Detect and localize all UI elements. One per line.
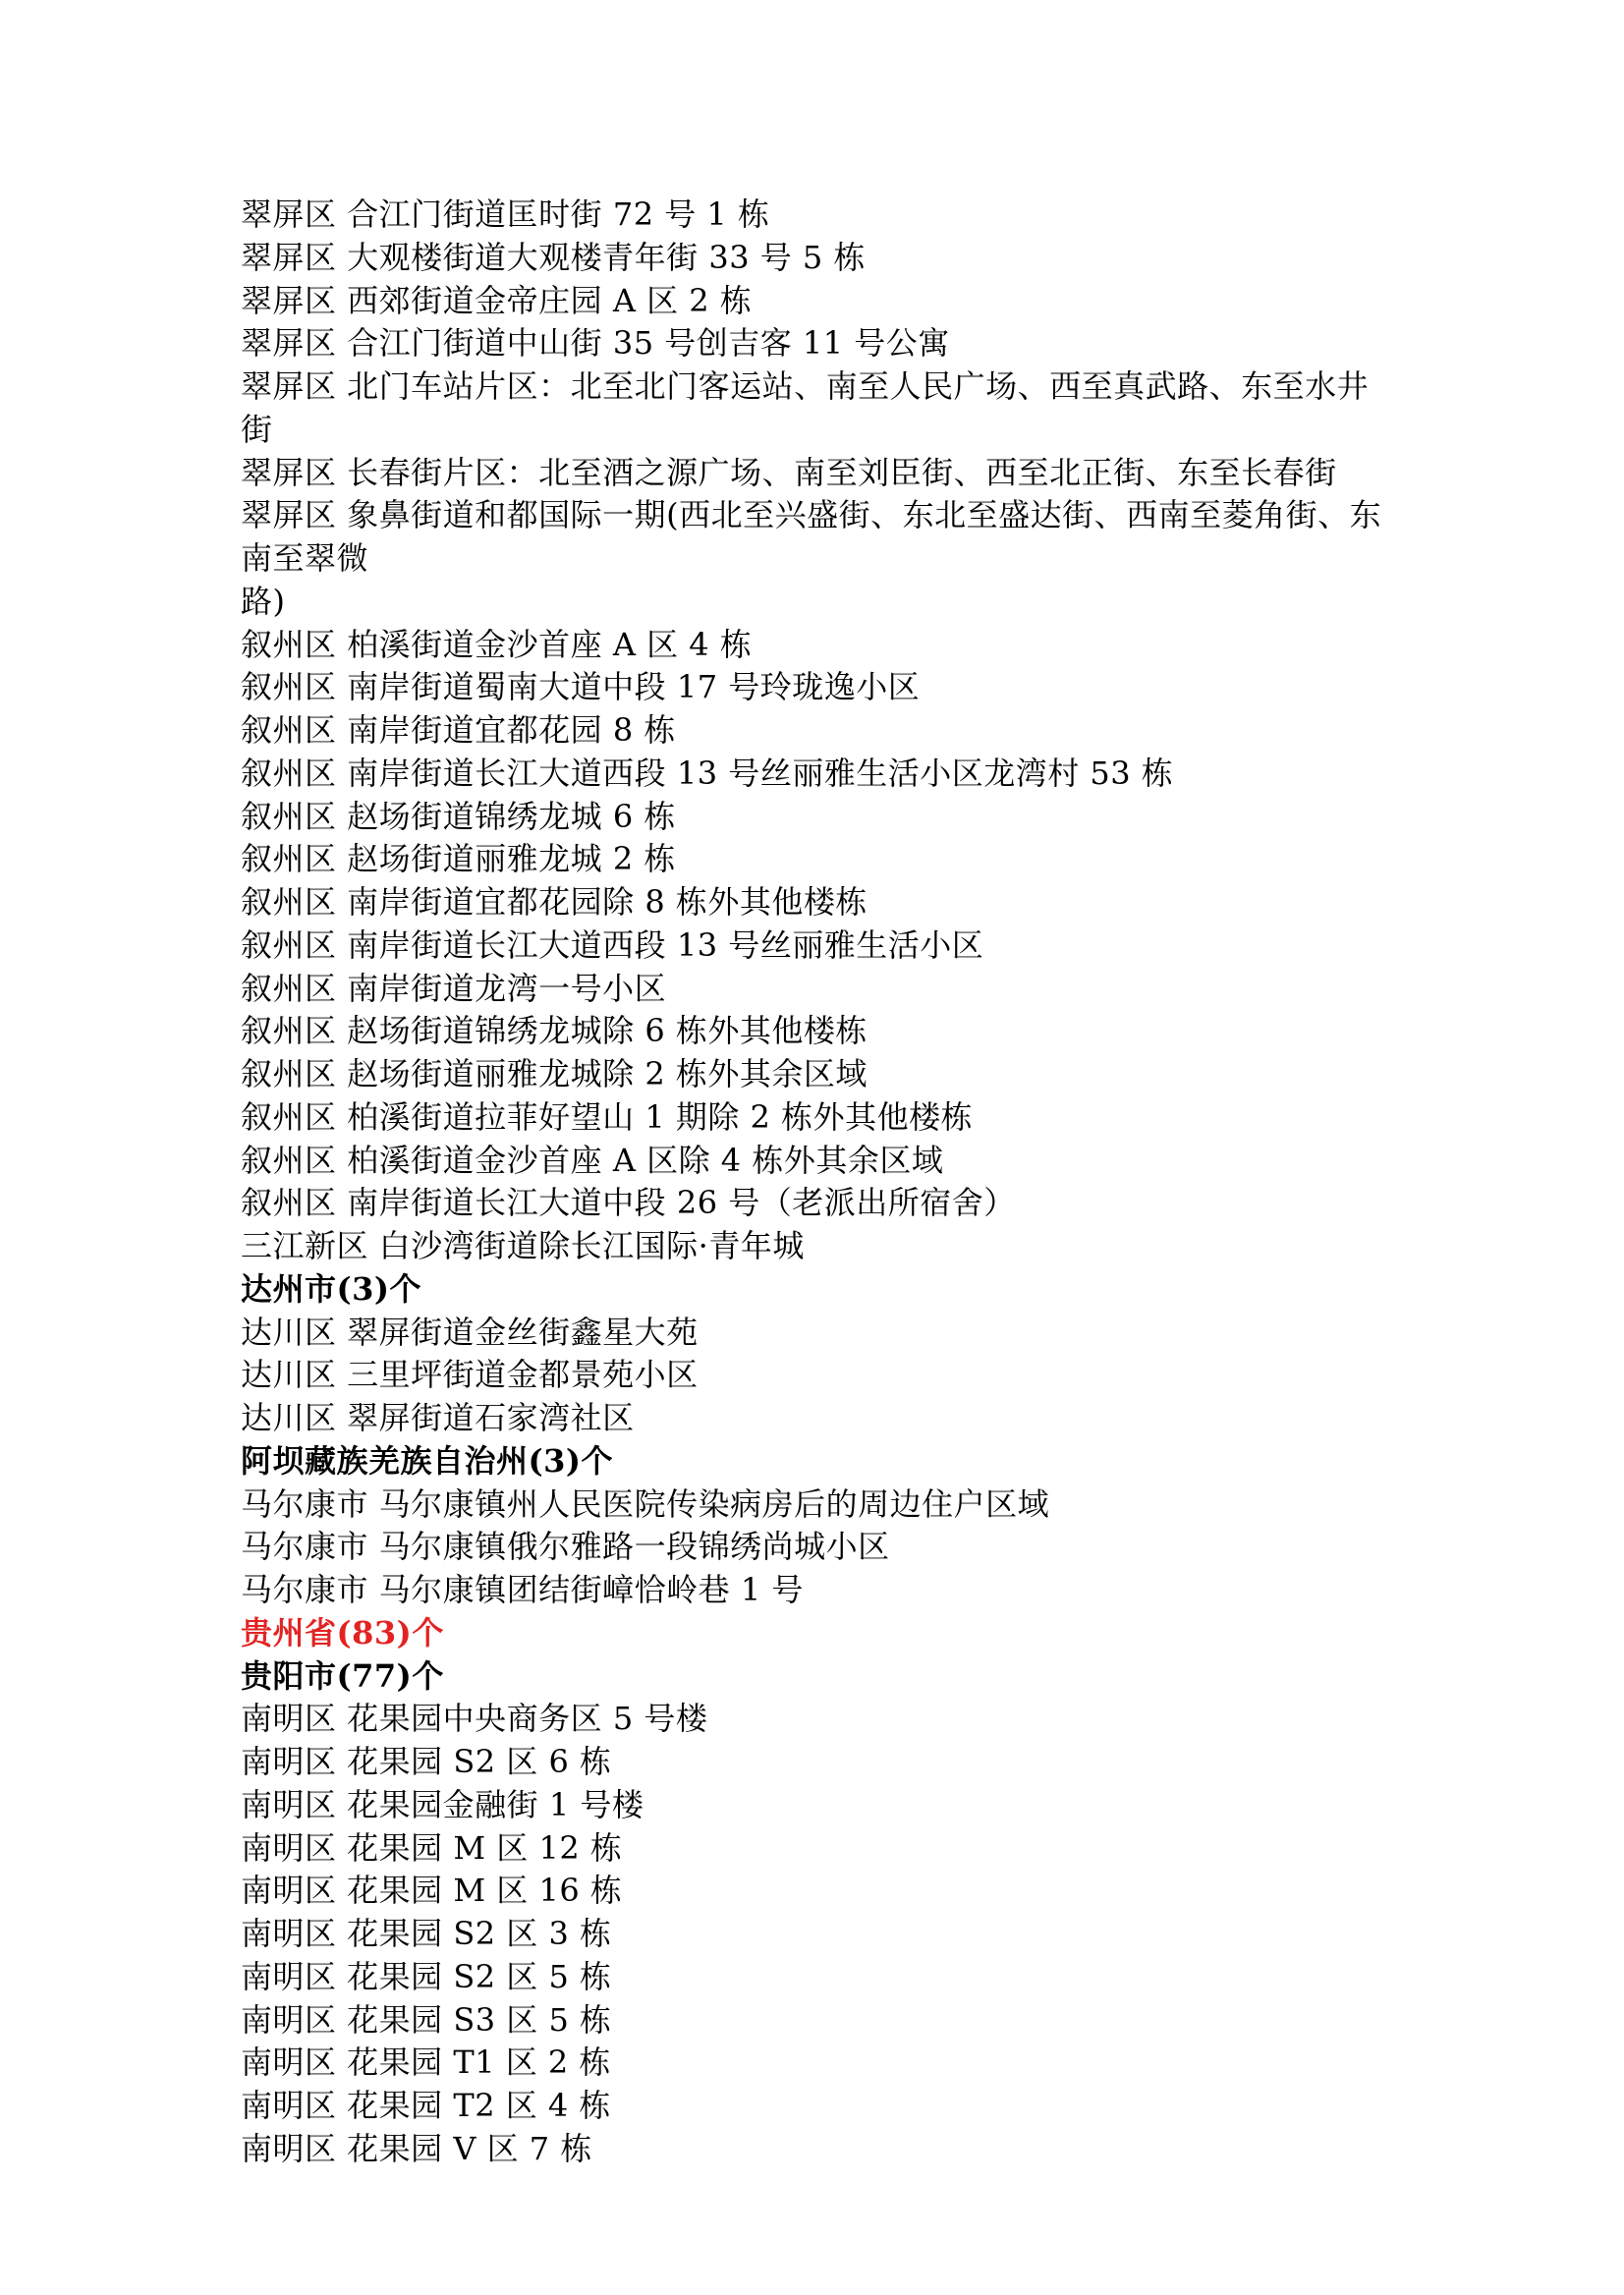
list-entry: 叙州区 南岸街道宜都花园 8 栋 [241, 709, 1395, 753]
province-header: 贵州省(83)个 [241, 1612, 1395, 1655]
list-entry: 南明区 花果园 M 区 16 栋 [241, 1870, 1395, 1913]
list-entry: 翠屏区 西郊街道金帝庄园 A 区 2 栋 [241, 280, 1395, 323]
list-entry: 翠屏区 象鼻街道和都国际一期(西北至兴盛街、东北至盛达街、西南至菱角街、东南至翠… [241, 494, 1395, 623]
list-entry: 翠屏区 大观楼街道大观楼青年街 33 号 5 栋 [241, 237, 1395, 280]
list-entry: 南明区 花果园 T2 区 4 栋 [241, 2085, 1395, 2128]
list-entry: 南明区 花果园 T1 区 2 栋 [241, 2042, 1395, 2085]
list-entry: 马尔康市 马尔康镇俄尔雅路一段锦绣尚城小区 [241, 1526, 1395, 1569]
list-entry: 叙州区 南岸街道长江大道西段 13 号丝丽雅生活小区龙湾村 53 栋 [241, 753, 1395, 796]
list-entry: 叙州区 赵场街道锦绣龙城 6 栋 [241, 796, 1395, 839]
document-page: 翠屏区 合江门街道匡时街 72 号 1 栋翠屏区 大观楼街道大观楼青年街 33 … [0, 0, 1624, 2295]
list-entry: 叙州区 南岸街道宜都花园除 8 栋外其他楼栋 [241, 881, 1395, 924]
list-entry: 翠屏区 合江门街道匡时街 72 号 1 栋 [241, 194, 1395, 237]
city-header: 阿坝藏族羌族自治州(3)个 [241, 1440, 1395, 1483]
list-entry: 叙州区 柏溪街道金沙首座 A 区除 4 栋外其余区域 [241, 1140, 1395, 1183]
list-entry: 达川区 翠屏街道金丝街鑫星大苑 [241, 1312, 1395, 1355]
city-header: 贵阳市(77)个 [241, 1655, 1395, 1699]
list-entry: 叙州区 南岸街道长江大道西段 13 号丝丽雅生活小区 [241, 924, 1395, 968]
list-entry: 南明区 花果园 M 区 12 栋 [241, 1827, 1395, 1871]
list-entry: 南明区 花果园 S3 区 5 栋 [241, 1999, 1395, 2043]
list-entry: 翠屏区 合江门街道中山街 35 号创吉客 11 号公寓 [241, 322, 1395, 365]
list-entry: 南明区 花果园金融街 1 号楼 [241, 1784, 1395, 1827]
list-entry: 叙州区 柏溪街道金沙首座 A 区 4 栋 [241, 624, 1395, 667]
list-entry: 达川区 三里坪街道金都景苑小区 [241, 1354, 1395, 1397]
list-entry: 南明区 花果园 S2 区 6 栋 [241, 1741, 1395, 1784]
list-entry: 叙州区 赵场街道丽雅龙城除 2 栋外其余区域 [241, 1053, 1395, 1096]
list-entry: 叙州区 南岸街道龙湾一号小区 [241, 968, 1395, 1011]
list-entry: 达川区 翠屏街道石家湾社区 [241, 1397, 1395, 1440]
list-entry: 叙州区 南岸街道蜀南大道中段 17 号玲珑逸小区 [241, 666, 1395, 709]
list-entry: 马尔康市 马尔康镇团结街嶂恰岭巷 1 号 [241, 1569, 1395, 1612]
list-entry: 南明区 花果园 V 区 7 栋 [241, 2128, 1395, 2171]
list-entry: 叙州区 柏溪街道拉菲好望山 1 期除 2 栋外其他楼栋 [241, 1096, 1395, 1140]
list-entry: 叙州区 赵场街道锦绣龙城除 6 栋外其他楼栋 [241, 1010, 1395, 1053]
list-entry: 马尔康市 马尔康镇州人民医院传染病房后的周边住户区域 [241, 1483, 1395, 1527]
list-entry: 三江新区 白沙湾街道除长江国际·青年城 [241, 1225, 1395, 1268]
risk-area-list: 翠屏区 合江门街道匡时街 72 号 1 栋翠屏区 大观楼街道大观楼青年街 33 … [241, 194, 1395, 2171]
list-entry: 翠屏区 长春街片区：北至酒之源广场、南至刘臣街、西至北正街、东至长春街 [241, 452, 1395, 495]
list-entry: 翠屏区 北门车站片区：北至北门客运站、南至人民广场、西至真武路、东至水井街 [241, 365, 1395, 452]
list-entry: 叙州区 赵场街道丽雅龙城 2 栋 [241, 838, 1395, 881]
list-entry: 南明区 花果园 S2 区 5 栋 [241, 1956, 1395, 1999]
city-header: 达州市(3)个 [241, 1268, 1395, 1312]
list-entry: 叙州区 南岸街道长江大道中段 26 号（老派出所宿舍） [241, 1182, 1395, 1225]
list-entry: 南明区 花果园中央商务区 5 号楼 [241, 1698, 1395, 1741]
list-entry: 南明区 花果园 S2 区 3 栋 [241, 1913, 1395, 1956]
